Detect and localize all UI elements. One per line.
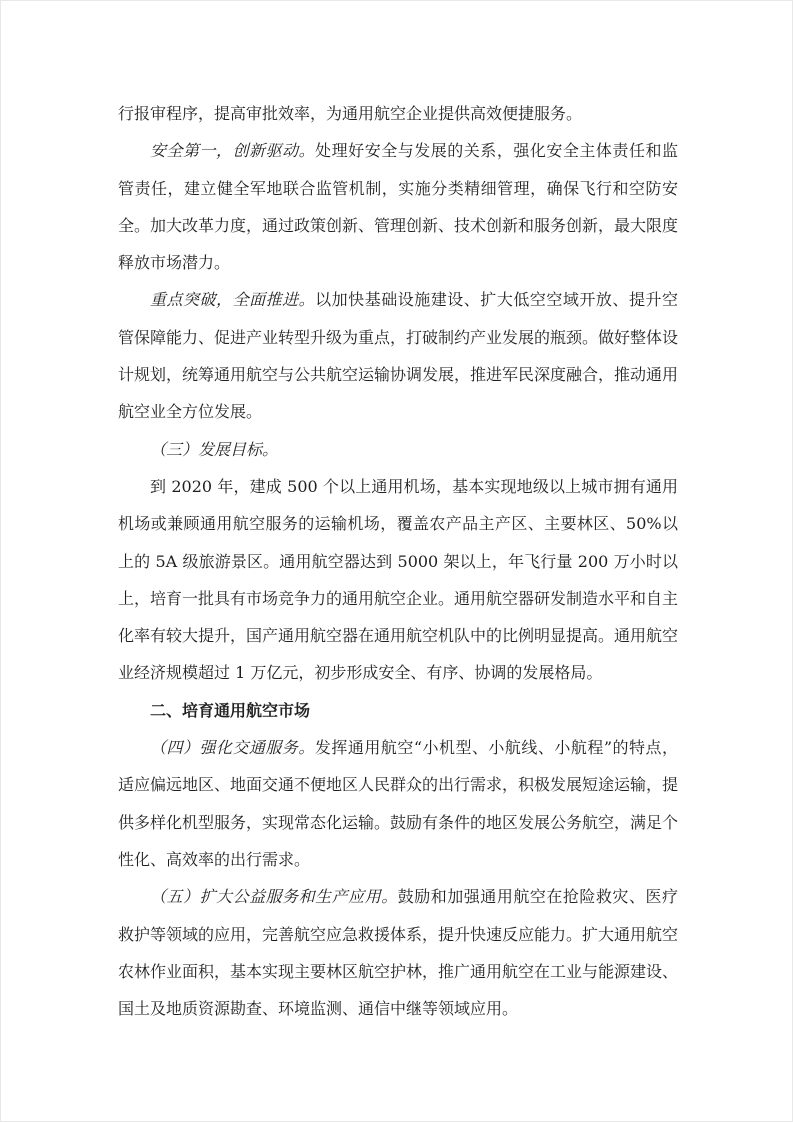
paragraph-safety-first: 安全第一，创新驱动。处理好安全与发展的关系，强化安全主体责任和监管责任，建立健全…: [118, 132, 678, 281]
paragraph-development-goals-heading: （三）发展目标。: [118, 431, 678, 468]
paragraph-lead-kaiti: 安全第一，创新驱动。: [150, 141, 315, 160]
paragraph-text: 发挥通用航空“小机型、小航线、小航程”的特点，适应偏远地区、地面交通不便地区人民…: [118, 738, 678, 869]
section-heading-text: 二、培育通用航空市场: [150, 701, 310, 720]
paragraph-lead-kaiti: 重点突破，全面推进。: [150, 290, 315, 309]
section-heading-cultivate-market: 二、培育通用航空市场: [118, 692, 678, 729]
paragraph-text: 鼓励和加强通用航空在抢险救灾、医疗救护等领域的应用，完善航空应急救援体系，提升快…: [118, 887, 678, 1018]
document-body: 行报审程序，提高审批效率，为通用航空企业提供高效便捷服务。 安全第一，创新驱动。…: [118, 95, 678, 1027]
paragraph-public-service-applications: （五）扩大公益服务和生产应用。鼓励和加强通用航空在抢险救灾、医疗救护等领域的应用…: [118, 878, 678, 1027]
paragraph-lead-kaiti: （三）发展目标。: [150, 440, 278, 459]
paragraph-lead-kaiti: （四）强化交通服务。: [150, 738, 315, 757]
paragraph-text: 以加快基础设施建设、扩大低空空域开放、提升空管保障能力、促进产业转型升级为重点，…: [118, 290, 678, 421]
paragraph-text: 处理好安全与发展的关系，强化安全主体责任和监管责任，建立健全军地联合监管机制，实…: [118, 141, 678, 272]
paragraph-key-breakthrough: 重点突破，全面推进。以加快基础设施建设、扩大低空空域开放、提升空管保障能力、促进…: [118, 281, 678, 430]
paragraph-2020-targets: 到 2020 年，建成 500 个以上通用机场，基本实现地级以上城市拥有通用机场…: [118, 468, 678, 692]
paragraph-text: 行报审程序，提高审批效率，为通用航空企业提供高效便捷服务。: [118, 104, 582, 123]
paragraph-lead-kaiti: （五）扩大公益服务和生产应用。: [150, 887, 398, 906]
paragraph-transport-services: （四）强化交通服务。发挥通用航空“小机型、小航线、小航程”的特点，适应偏远地区、…: [118, 729, 678, 878]
document-page: 行报审程序，提高审批效率，为通用航空企业提供高效便捷服务。 安全第一，创新驱动。…: [0, 0, 793, 1122]
paragraph-text: 到 2020 年，建成 500 个以上通用机场，基本实现地级以上城市拥有通用机场…: [118, 477, 678, 682]
paragraph-continuation: 行报审程序，提高审批效率，为通用航空企业提供高效便捷服务。: [118, 95, 678, 132]
